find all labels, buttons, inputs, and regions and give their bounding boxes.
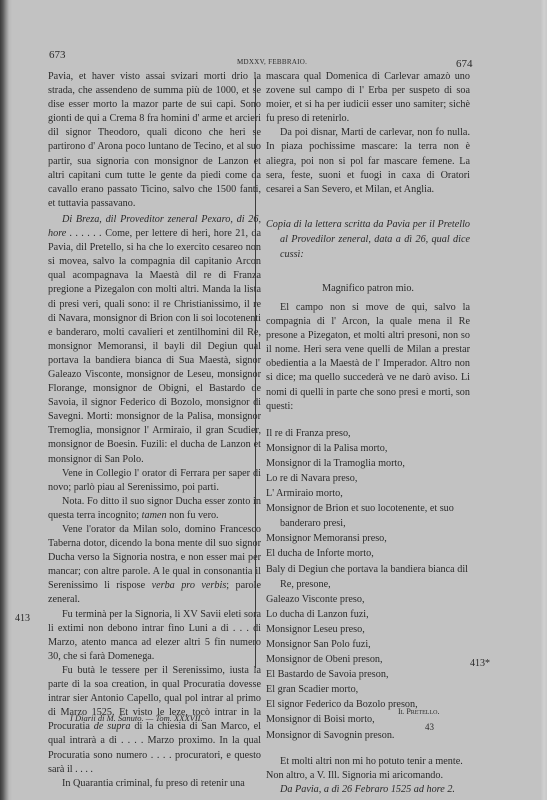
list-item: Baly di Degiun che portava la bandiera b… — [266, 562, 470, 592]
page-number-left: 673 — [49, 49, 66, 61]
paragraph: In Quarantia criminal, fu preso di reten… — [48, 777, 261, 791]
list-item: Monsignor San Polo fuzi, — [266, 637, 470, 652]
margin-note-number: 413 — [15, 613, 30, 624]
paragraph: Pavia, et haver visto assai svizari mort… — [48, 70, 261, 211]
book-page: 673 MDXXV, FEBBRAIO. 674 Pavia, et haver… — [12, 0, 541, 800]
footer-citation: I Diarii di M. Sanuto. — Tom. XXXVII. — [70, 713, 203, 723]
letter-heading: Copia di la lettera scritta da Pavia per… — [266, 217, 470, 262]
list-item: Monsignor di Savognin preson. — [266, 728, 470, 743]
list-item: Lo re di Navara preso, — [266, 471, 470, 486]
salutation: Magnifico patron mio. — [266, 282, 470, 296]
paragraph: El campo non si move de qui, salvo la co… — [266, 301, 470, 414]
page-number-right: 674 — [456, 58, 473, 70]
paragraph: Non altro, a V. Ill. Signoria mi aricoma… — [266, 769, 470, 783]
left-column: Pavia, et haver visto assai svizari mort… — [48, 70, 261, 791]
list-item: Monsignor de Brion et suo locotenente, e… — [266, 501, 470, 531]
signature: Il Pretello. — [398, 707, 439, 716]
paragraph: Fu terminà per la Signoria, li XV Savii … — [48, 608, 261, 664]
list-item: El Bastardo de Savoia preson, — [266, 667, 470, 682]
margin-note-number: 413* — [470, 658, 490, 669]
paragraph: Et molti altri non mi ho potuto tenir a … — [266, 755, 470, 769]
list-item: L' Armiraio morto, — [266, 486, 470, 501]
list-item: Monsignor di la Tramoglia morto, — [266, 456, 470, 471]
dateline: Da Pavia, a dì 26 Febraro 1525 ad hore 2… — [266, 783, 470, 797]
paragraph: Nota. Fo ditto il suo signor Ducha esser… — [48, 495, 261, 523]
list-item: Monsignor de Obeni preson, — [266, 652, 470, 667]
paragraph: Vene l'orator da Milan solo, domino Fran… — [48, 523, 261, 608]
right-column: mascara qual Domenica di Carlevar amazò … — [266, 70, 470, 797]
list-item: Lo ducha di Lanzon fuzi, — [266, 607, 470, 622]
paragraph: Vene in Collegio l' orator di Ferrara pe… — [48, 467, 261, 495]
signature-number: 43 — [425, 722, 434, 732]
running-title: MDXXV, FEBBRAIO. — [237, 58, 307, 66]
casualty-list: Il re di Franza preso, Monsignor di la P… — [266, 426, 470, 743]
list-item: Monsignor Memoransi preso, — [266, 531, 470, 546]
paragraph: Di Breza, dil Proveditor zeneral Pexaro,… — [48, 213, 261, 467]
list-item: Monsignor di la Palisa morto, — [266, 441, 470, 456]
page-edge — [541, 0, 547, 800]
paragraph: mascara qual Domenica di Carlevar amazò … — [266, 70, 470, 126]
paragraph: Da poi disnar, Marti de carlevar, non fo… — [266, 126, 470, 196]
book-binding-shadow — [0, 0, 12, 800]
list-item: El ducha de Inforte morto, — [266, 546, 470, 561]
list-item: Monsignor Leseu preso, — [266, 622, 470, 637]
list-item: Galeazo Visconte preso, — [266, 592, 470, 607]
list-item: El gran Scadier morto, — [266, 682, 470, 697]
list-item: Il re di Franza preso, — [266, 426, 470, 441]
